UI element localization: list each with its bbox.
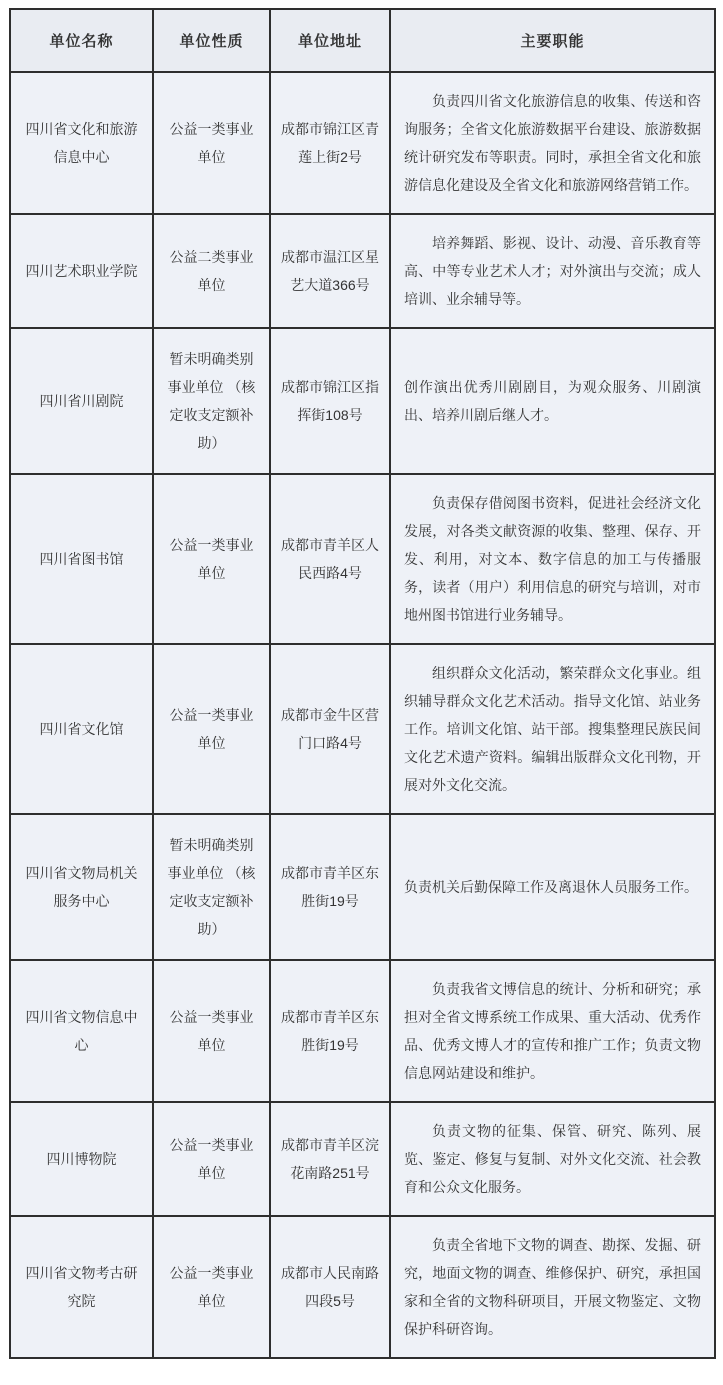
unit-functions-text: 负责我省文博信息的统计、分析和研究；承担对全省文博系统工作成果、重大活动、优秀作… xyxy=(404,975,701,1087)
unit-nature-cell: 暂未明确类别事业单位 （核定收支定额补助） xyxy=(153,814,270,960)
unit-nature: 公益一类事业单位 xyxy=(170,1265,254,1309)
unit-nature: 暂未明确类别事业单位 （核定收支定额补助） xyxy=(168,837,256,937)
unit-address-cell: 成都市温江区星艺大道366号 xyxy=(270,214,390,328)
unit-nature-cell: 公益一类事业单位 xyxy=(153,72,270,214)
unit-address-cell: 成都市青羊区人民西路4号 xyxy=(270,474,390,644)
unit-nature: 公益一类事业单位 xyxy=(170,707,254,751)
unit-info-table: 单位名称 单位性质 单位地址 主要职能 四川省文化和旅游信息中心 公益一类事业单… xyxy=(9,8,716,1359)
unit-name: 四川省文物考古研究院 xyxy=(26,1265,138,1309)
unit-functions-text: 组织群众文化活动，繁荣群众文化事业。组织辅导群众文化艺术活动。指导文化馆、站业务… xyxy=(404,659,701,799)
page: 单位名称 单位性质 单位地址 主要职能 四川省文化和旅游信息中心 公益一类事业单… xyxy=(0,0,723,1369)
table-row: 四川省文物考古研究院 公益一类事业单位 成都市人民南路四段5号 负责全省地下文物… xyxy=(10,1216,715,1358)
column-header-main-functions: 主要职能 xyxy=(390,9,715,72)
unit-address: 成都市温江区星艺大道366号 xyxy=(281,249,379,293)
unit-functions-cell: 负责全省地下文物的调查、勘探、发掘、研究，地面文物的调查、维修保护、研究，承担国… xyxy=(390,1216,715,1358)
unit-functions-cell: 负责我省文博信息的统计、分析和研究；承担对全省文博系统工作成果、重大活动、优秀作… xyxy=(390,960,715,1102)
unit-name-cell: 四川省文化和旅游信息中心 xyxy=(10,72,153,214)
unit-name-cell: 四川省图书馆 xyxy=(10,474,153,644)
unit-address-cell: 成都市青羊区浣花南路251号 xyxy=(270,1102,390,1216)
unit-name: 四川艺术职业学院 xyxy=(26,263,138,279)
table-row: 四川艺术职业学院 公益二类事业单位 成都市温江区星艺大道366号 培养舞蹈、影视… xyxy=(10,214,715,328)
table-row: 四川省图书馆 公益一类事业单位 成都市青羊区人民西路4号 负责保存借阅图书资料，… xyxy=(10,474,715,644)
unit-functions-text: 负责全省地下文物的调查、勘探、发掘、研究，地面文物的调查、维修保护、研究，承担国… xyxy=(404,1231,701,1343)
unit-address: 成都市人民南路四段5号 xyxy=(281,1265,379,1309)
unit-functions-cell: 培养舞蹈、影视、设计、动漫、音乐教育等高、中等专业艺术人才；对外演出与交流；成人… xyxy=(390,214,715,328)
unit-functions-cell: 负责四川省文化旅游信息的收集、传送和咨询服务；全省文化旅游数据平台建设、旅游数据… xyxy=(390,72,715,214)
unit-address: 成都市青羊区东胜街19号 xyxy=(281,865,379,909)
table-body: 四川省文化和旅游信息中心 公益一类事业单位 成都市锦江区青莲上街2号 负责四川省… xyxy=(10,72,715,1358)
unit-name-cell: 四川省文物局机关服务中心 xyxy=(10,814,153,960)
unit-name-cell: 四川省川剧院 xyxy=(10,328,153,474)
unit-name-cell: 四川省文物考古研究院 xyxy=(10,1216,153,1358)
unit-nature-cell: 公益一类事业单位 xyxy=(153,960,270,1102)
table-row: 四川省川剧院 暂未明确类别事业单位 （核定收支定额补助） 成都市锦江区指挥街10… xyxy=(10,328,715,474)
unit-address: 成都市金牛区营门口路4号 xyxy=(281,707,379,751)
unit-nature-cell: 公益一类事业单位 xyxy=(153,474,270,644)
unit-functions-cell: 组织群众文化活动，繁荣群众文化事业。组织辅导群众文化艺术活动。指导文化馆、站业务… xyxy=(390,644,715,814)
table-row: 四川省文化和旅游信息中心 公益一类事业单位 成都市锦江区青莲上街2号 负责四川省… xyxy=(10,72,715,214)
unit-address-cell: 成都市青羊区东胜街19号 xyxy=(270,960,390,1102)
unit-name: 四川省文化和旅游信息中心 xyxy=(26,121,138,165)
unit-functions-text: 负责文物的征集、保管、研究、陈列、展览、鉴定、修复与复制、对外文化交流、社会教育… xyxy=(404,1117,701,1201)
unit-address: 成都市锦江区青莲上街2号 xyxy=(281,121,379,165)
unit-nature-cell: 公益一类事业单位 xyxy=(153,1102,270,1216)
unit-functions-text: 创作演出优秀川剧剧目，为观众服务、川剧演出、培养川剧后继人才。 xyxy=(404,373,701,429)
table-row: 四川省文物信息中心 公益一类事业单位 成都市青羊区东胜街19号 负责我省文博信息… xyxy=(10,960,715,1102)
unit-name-cell: 四川博物院 xyxy=(10,1102,153,1216)
unit-name-cell: 四川省文化馆 xyxy=(10,644,153,814)
unit-functions-text: 负责机关后勤保障工作及离退休人员服务工作。 xyxy=(404,873,701,901)
table-header: 单位名称 单位性质 单位地址 主要职能 xyxy=(10,9,715,72)
unit-nature-cell: 公益二类事业单位 xyxy=(153,214,270,328)
unit-nature: 暂未明确类别事业单位 （核定收支定额补助） xyxy=(168,351,256,451)
unit-name-cell: 四川省文物信息中心 xyxy=(10,960,153,1102)
unit-nature-cell: 暂未明确类别事业单位 （核定收支定额补助） xyxy=(153,328,270,474)
unit-functions-cell: 负责文物的征集、保管、研究、陈列、展览、鉴定、修复与复制、对外文化交流、社会教育… xyxy=(390,1102,715,1216)
table-row: 四川省文物局机关服务中心 暂未明确类别事业单位 （核定收支定额补助） 成都市青羊… xyxy=(10,814,715,960)
unit-name: 四川省川剧院 xyxy=(40,393,124,409)
unit-nature: 公益一类事业单位 xyxy=(170,1137,254,1181)
unit-functions-text: 负责保存借阅图书资料，促进社会经济文化发展，对各类文献资源的收集、整理、保存、开… xyxy=(404,489,701,629)
unit-name: 四川博物院 xyxy=(47,1151,117,1167)
unit-name: 四川省文化馆 xyxy=(40,721,124,737)
unit-nature: 公益一类事业单位 xyxy=(170,121,254,165)
column-header-unit-address: 单位地址 xyxy=(270,9,390,72)
unit-functions-text: 负责四川省文化旅游信息的收集、传送和咨询服务；全省文化旅游数据平台建设、旅游数据… xyxy=(404,87,701,199)
unit-address-cell: 成都市金牛区营门口路4号 xyxy=(270,644,390,814)
unit-address: 成都市青羊区浣花南路251号 xyxy=(281,1137,379,1181)
column-header-unit-nature: 单位性质 xyxy=(153,9,270,72)
unit-functions-cell: 创作演出优秀川剧剧目，为观众服务、川剧演出、培养川剧后继人才。 xyxy=(390,328,715,474)
unit-nature-cell: 公益一类事业单位 xyxy=(153,1216,270,1358)
unit-address-cell: 成都市锦江区指挥街108号 xyxy=(270,328,390,474)
unit-name: 四川省图书馆 xyxy=(40,551,124,567)
unit-nature: 公益一类事业单位 xyxy=(170,1009,254,1053)
unit-functions-cell: 负责机关后勤保障工作及离退休人员服务工作。 xyxy=(390,814,715,960)
unit-name: 四川省文物信息中心 xyxy=(26,1009,138,1053)
column-header-unit-name: 单位名称 xyxy=(10,9,153,72)
unit-functions-cell: 负责保存借阅图书资料，促进社会经济文化发展，对各类文献资源的收集、整理、保存、开… xyxy=(390,474,715,644)
unit-name-cell: 四川艺术职业学院 xyxy=(10,214,153,328)
unit-address: 成都市青羊区东胜街19号 xyxy=(281,1009,379,1053)
table-row: 四川博物院 公益一类事业单位 成都市青羊区浣花南路251号 负责文物的征集、保管… xyxy=(10,1102,715,1216)
unit-nature: 公益二类事业单位 xyxy=(170,249,254,293)
unit-nature: 公益一类事业单位 xyxy=(170,537,254,581)
unit-address-cell: 成都市锦江区青莲上街2号 xyxy=(270,72,390,214)
unit-address-cell: 成都市人民南路四段5号 xyxy=(270,1216,390,1358)
unit-nature-cell: 公益一类事业单位 xyxy=(153,644,270,814)
header-row: 单位名称 单位性质 单位地址 主要职能 xyxy=(10,9,715,72)
unit-functions-text: 培养舞蹈、影视、设计、动漫、音乐教育等高、中等专业艺术人才；对外演出与交流；成人… xyxy=(404,229,701,313)
unit-address: 成都市锦江区指挥街108号 xyxy=(281,379,379,423)
table-row: 四川省文化馆 公益一类事业单位 成都市金牛区营门口路4号 组织群众文化活动，繁荣… xyxy=(10,644,715,814)
unit-address-cell: 成都市青羊区东胜街19号 xyxy=(270,814,390,960)
unit-address: 成都市青羊区人民西路4号 xyxy=(281,537,379,581)
unit-name: 四川省文物局机关服务中心 xyxy=(26,865,138,909)
